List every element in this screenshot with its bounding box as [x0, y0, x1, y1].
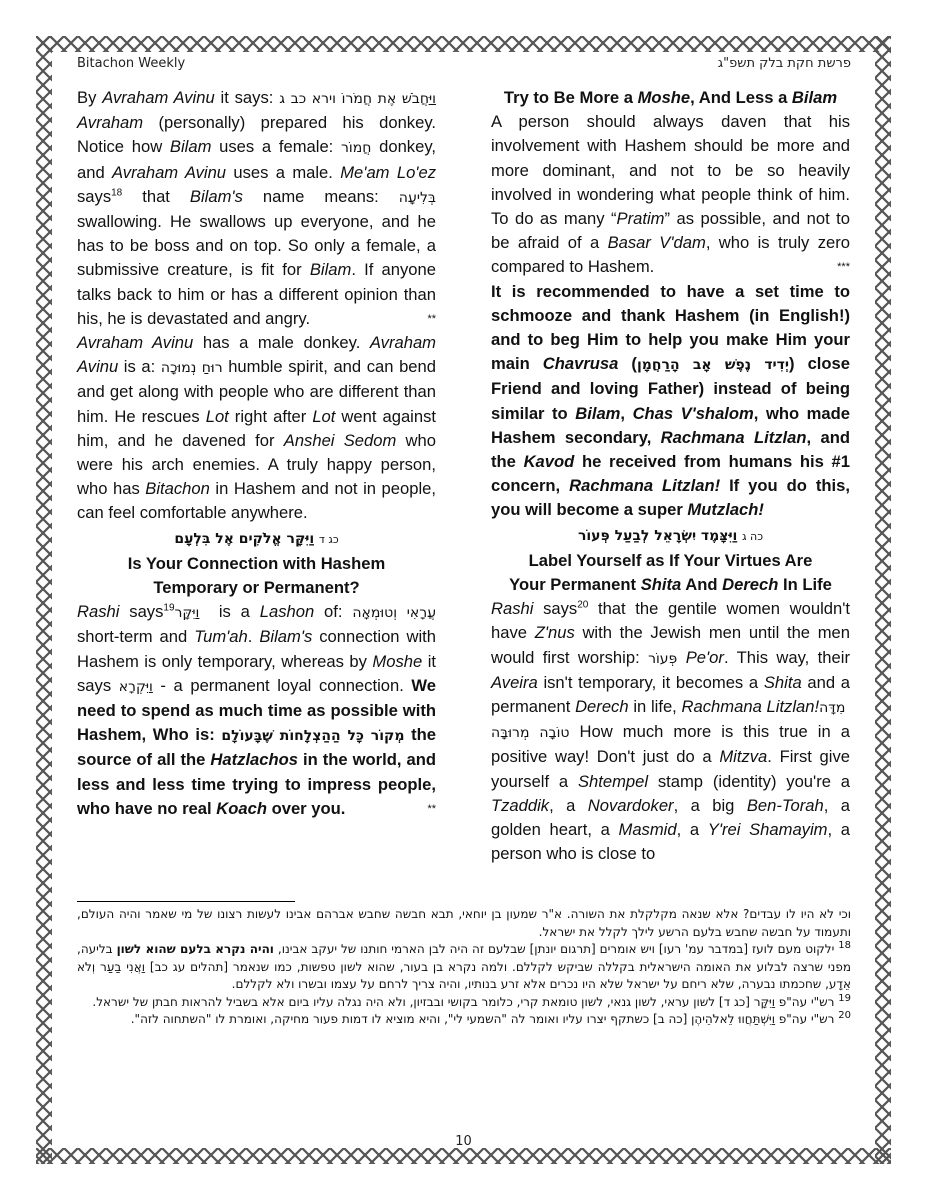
footnote-ref-20[interactable]: 20 [577, 600, 588, 611]
footnote-20: 20 רש"י עה"פ וַיִּשְׁתַּחֲווּ לֵאלֹהֵיהֶ… [77, 1011, 851, 1029]
section-hebrew-heading: וַיִּקָּר אֱלֹקִים אֶל בִּלְעָם כג ד [77, 526, 436, 552]
border-top [36, 36, 891, 52]
page-header: Bitachon Weekly פרשת חקת בלק תשפ"ג [77, 56, 851, 76]
right-column: Try to Be More a Moshe, And Less a Bilam… [491, 86, 850, 867]
publication-title: Bitachon Weekly [77, 56, 185, 71]
paragraph-avraham-humble: Avraham Avinu has a male donkey. Avraham… [77, 331, 436, 526]
footnote-ref-18[interactable]: 18 [111, 187, 122, 198]
section-divider-stars: ** [427, 797, 436, 821]
section-divider-stars: ** [427, 307, 436, 331]
paragraph-avraham-donkey: By Avraham Avinu it says: וַיַּחֲבֹשׁ אֶ… [77, 86, 436, 331]
paragraph-connection: Rashi says19 וַיִּקָּר is a Lashon of: ע… [77, 600, 436, 821]
paragraph-recommendation: It is recommended to have a set time to … [491, 280, 850, 523]
footnote-19: 19 רש"י עה"פ וַיִּקָּר [כג ד] לשון עראי,… [77, 994, 851, 1012]
footnote-ref-19[interactable]: 19 [163, 603, 174, 614]
border-bottom [36, 1148, 891, 1164]
paragraph-peor: Rashi says20 that the gentile women woul… [491, 597, 850, 866]
hebrew-quote: וַיַּחֲבֹשׁ אֶת חֲמֹרוֹ וירא כב ג [279, 91, 436, 107]
section-title: Try to Be More a Moshe, And Less a Bilam [491, 86, 850, 110]
left-column: By Avraham Avinu it says: וַיַּחֲבֹשׁ אֶ… [77, 86, 436, 821]
document-page: Bitachon Weekly פרשת חקת בלק תשפ"ג By Av… [0, 0, 927, 1200]
section-title: Label Yourself as If Your Virtues Are Yo… [491, 549, 850, 597]
section-divider-stars: *** [837, 255, 850, 279]
footnote-18: 18 ילקוט מעם לועז [במדבר עמ' רעו] ויש או… [77, 941, 851, 994]
footnotes: וכי לא היו לו עבדים? אלא שנאה מקלקלת את … [77, 906, 851, 1029]
footnote-separator [77, 901, 295, 902]
parsha-title: פרשת חקת בלק תשפ"ג [718, 56, 851, 71]
border-left [36, 36, 52, 1164]
paragraph-daven: A person should always daven that his in… [491, 110, 850, 279]
section-hebrew-heading: וַיִּצָּמֶד יִשְׂרָאֵל לְבַעַל פְּעוֹר כ… [491, 523, 850, 549]
section-title: Is Your Connection with Hashem Temporary… [77, 552, 436, 600]
page-number: 10 [0, 1134, 927, 1149]
border-right [875, 36, 891, 1164]
footnote-continuation: וכי לא היו לו עבדים? אלא שנאה מקלקלת את … [77, 906, 851, 941]
